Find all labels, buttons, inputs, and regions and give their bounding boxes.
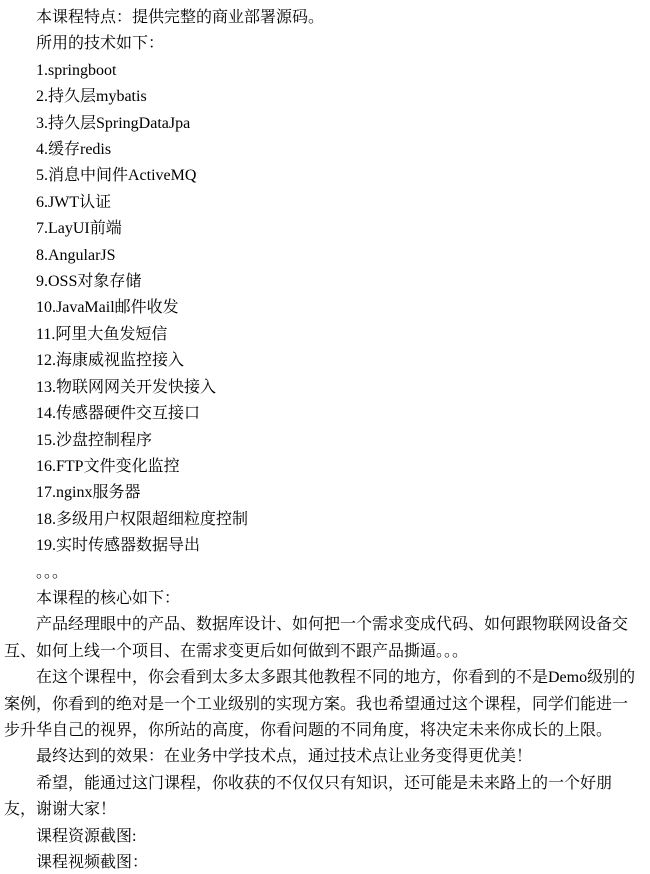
- video-screenshot-label: 课程视频截图：: [4, 850, 642, 874]
- tech-item-18: 18.多级用户权限超细粒度控制: [4, 507, 642, 533]
- course-difference-text: 在这个课程中，你会看到太多太多跟其他教程不同的地方，你看到的不是Demo级别的案…: [4, 665, 642, 744]
- course-features-text: 本课程特点：提供完整的商业部署源码。: [4, 5, 642, 31]
- tech-item-2: 2.持久层mybatis: [4, 84, 642, 110]
- tech-item-13: 13.物联网网关开发快接入: [4, 375, 642, 401]
- tech-list-header: 所用的技术如下：: [4, 31, 642, 57]
- resource-screenshot-label: 课程资源截图:: [4, 824, 642, 850]
- tech-item-14: 14.传感器硬件交互接口: [4, 401, 642, 427]
- final-effect-text: 最终达到的效果：在业务中学技术点，通过技术点让业务变得更优美！: [4, 744, 642, 770]
- tech-item-15: 15.沙盘控制程序: [4, 428, 642, 454]
- core-content-text: 产品经理眼中的产品、数据库设计、如何把一个需求变成代码、如何跟物联网设备交互、如…: [4, 612, 642, 665]
- tech-item-19: 19.实时传感器数据导出: [4, 533, 642, 559]
- tech-item-10: 10.JavaMail邮件收发: [4, 295, 642, 321]
- tech-item-17: 17.nginx服务器: [4, 480, 642, 506]
- tech-item-4: 4.缓存redis: [4, 137, 642, 163]
- tech-item-7: 7.LayUI前端: [4, 216, 642, 242]
- core-header: 本课程的核心如下：: [4, 586, 642, 612]
- tech-item-3: 3.持久层SpringDataJpa: [4, 111, 642, 137]
- ellipsis-text: 。。。: [4, 560, 642, 586]
- tech-item-11: 11.阿里大鱼发短信: [4, 322, 642, 348]
- tech-item-8: 8.AngularJS: [4, 243, 642, 269]
- course-intro-document: 本课程特点：提供完整的商业部署源码。 所用的技术如下： 1.springboot…: [0, 0, 650, 874]
- tech-item-1: 1.springboot: [4, 58, 642, 84]
- tech-item-9: 9.OSS对象存储: [4, 269, 642, 295]
- tech-item-12: 12.海康威视监控接入: [4, 348, 642, 374]
- tech-item-6: 6.JWT认证: [4, 190, 642, 216]
- hope-text: 希望，能通过这门课程，你收获的不仅仅只有知识，还可能是未来路上的一个好朋友，谢谢…: [4, 771, 642, 824]
- tech-item-5: 5.消息中间件ActiveMQ: [4, 163, 642, 189]
- tech-item-16: 16.FTP文件变化监控: [4, 454, 642, 480]
